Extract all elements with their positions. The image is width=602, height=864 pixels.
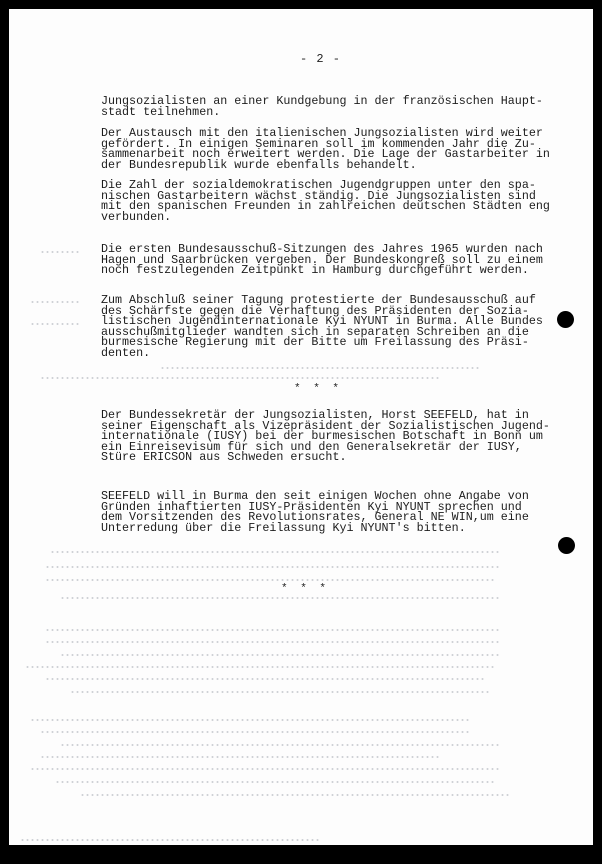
- bleed-through: [60, 596, 500, 600]
- bleed-through: [50, 550, 500, 554]
- section-separator: * * *: [294, 383, 342, 395]
- bleed-through: [45, 677, 485, 681]
- bleed-through: [30, 718, 470, 722]
- bleed-through: [40, 730, 470, 734]
- bleed-through: [160, 366, 480, 370]
- bleed-through: [30, 322, 80, 326]
- paragraph-seefeld-burma: SEEFELD will in Burma den seit einigen W…: [101, 491, 571, 533]
- bleed-through: [45, 578, 495, 582]
- punch-hole: [558, 537, 575, 554]
- page-number: - 2 -: [300, 52, 341, 66]
- bleed-through: [80, 793, 510, 797]
- section-separator: * * *: [281, 583, 329, 595]
- bleed-through: [30, 300, 80, 304]
- bleed-through: [45, 565, 500, 569]
- bleed-through: [70, 690, 490, 694]
- bleed-through: [30, 767, 500, 771]
- paragraph-federal-committee: Die ersten Bundesausschuß-Sitzungen des …: [101, 244, 571, 276]
- bleed-through: [55, 780, 495, 784]
- paragraph-seefeld-visa: Der Bundessekretär der Jungsozialisten, …: [101, 410, 571, 463]
- bleed-through: [45, 640, 500, 644]
- punch-hole: [557, 311, 574, 328]
- bleed-through: [40, 755, 440, 759]
- bleed-through: [20, 838, 320, 842]
- paragraph-italian-exchange: Der Austausch mit den italienischen Jung…: [101, 128, 571, 170]
- bleed-through: [40, 250, 80, 254]
- bleed-through: [60, 653, 500, 657]
- bleed-through: [45, 628, 500, 632]
- paragraph-spanish-groups: Die Zahl der sozialdemokratischen Jugend…: [101, 180, 571, 222]
- bleed-through: [60, 743, 500, 747]
- paragraph-continuation: Jungsozialisten an einer Kundgebung in d…: [101, 96, 571, 117]
- paragraph-protest: Zum Abschluß seiner Tagung protestierte …: [101, 295, 571, 359]
- bleed-through: [25, 665, 495, 669]
- bleed-through: [40, 376, 440, 380]
